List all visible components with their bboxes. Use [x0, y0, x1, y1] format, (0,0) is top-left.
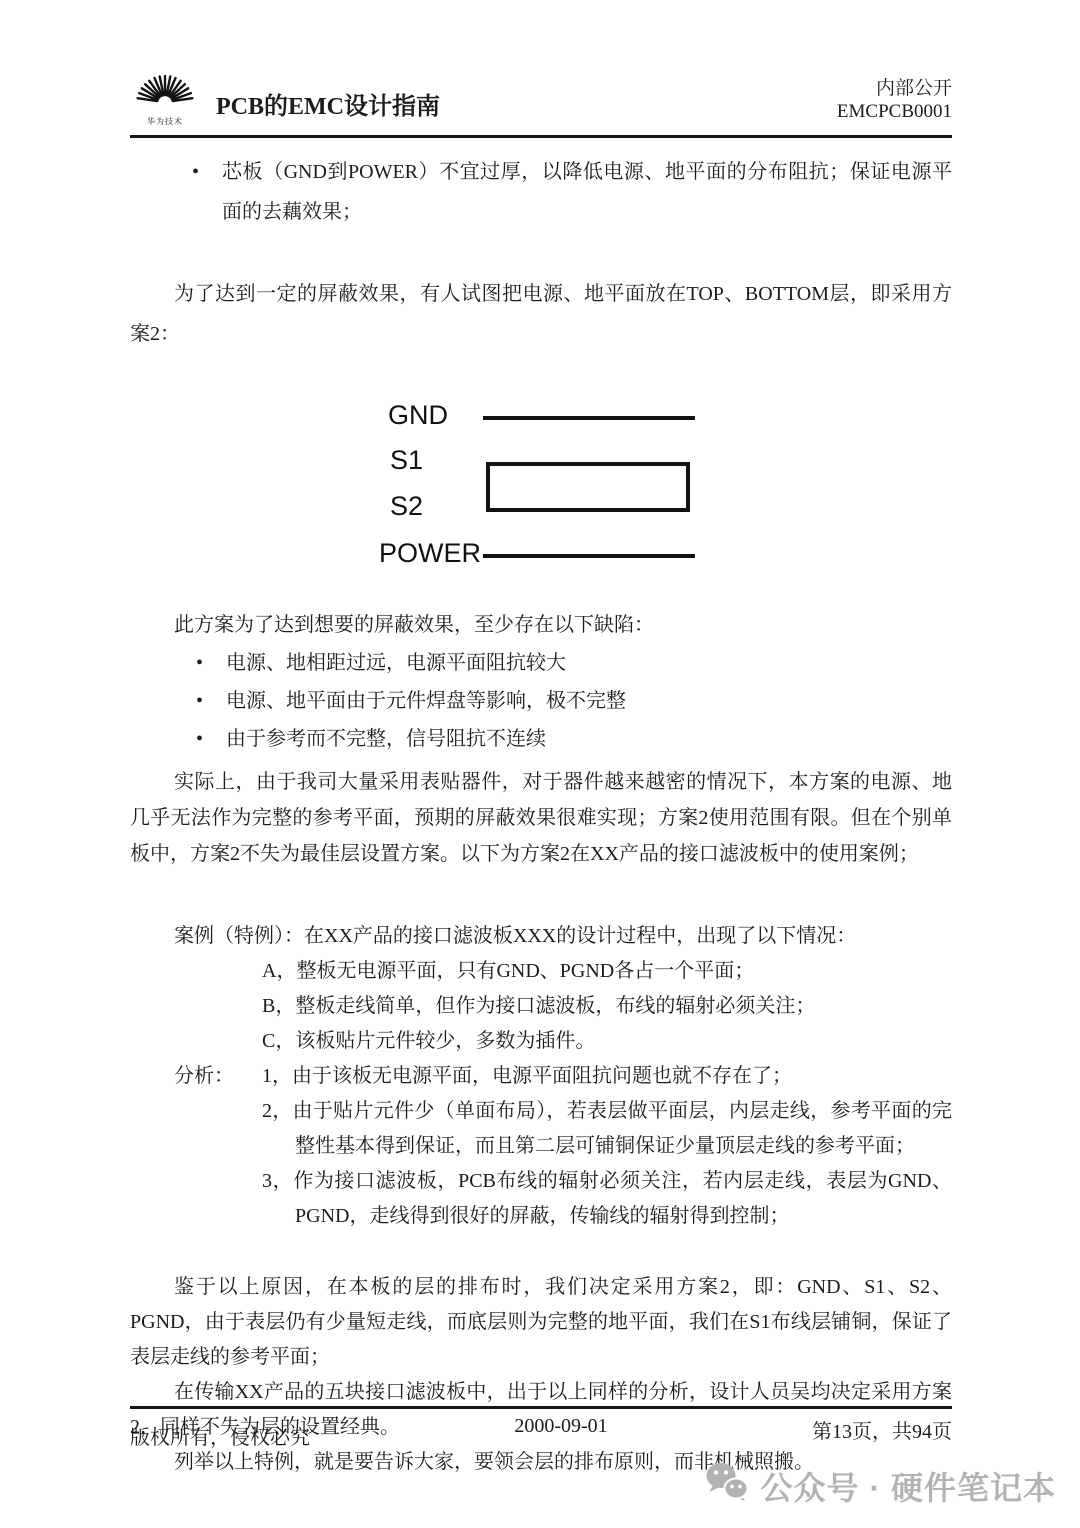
huawei-fan-logo-icon: [132, 54, 198, 115]
header-right: 内部公开 EMCPCB0001: [837, 77, 952, 127]
signal-layers-box: [486, 462, 690, 512]
diagram-label-s2: S2: [390, 491, 423, 522]
page-header: 华为技术 PCB的EMC设计指南 内部公开 EMCPCB0001: [130, 0, 952, 138]
page-footer: 版权所有，侵权必究 2000-09-01 第13页，共94页: [130, 1406, 952, 1444]
paragraph-conclusion-1: 鉴于以上原因，在本板的层的排布时，我们决定采用方案2，即：GND、S1、S2、P…: [130, 1270, 952, 1375]
gnd-plane-line: [483, 416, 695, 420]
analysis-item-3: 3，作为接口滤波板，PCB布线的辐射必须关注，若内层走线，表层为GND、PGND…: [130, 1164, 952, 1234]
analysis-item-2: 2，由于贴片元件少（单面布局），若表层做平面层，内层走线，参考平面的完整性基本得…: [130, 1094, 952, 1164]
case-item-c: C，该板贴片元件较少，多数为插件。: [130, 1024, 952, 1059]
watermark-text: 公众号 · 硬件笔记本: [761, 1463, 1056, 1509]
footer-copyright: 版权所有，侵权必究: [130, 1421, 310, 1450]
bullet-item-coreboard: • 芯板（GND到POWER）不宜过厚，以降低电源、地平面的分布阻抗；保证电源平…: [130, 152, 952, 232]
footer-date: 2000-09-01: [514, 1415, 607, 1444]
analysis-block: 分析： 1，由于该板无电源平面，电源平面阻抗问题也就不存在了； 2，由于贴片元件…: [130, 1059, 952, 1234]
document-title: PCB的EMC设计指南: [216, 86, 440, 127]
analysis-item-1: 1，由于该板无电源平面，电源平面阻抗问题也就不存在了；: [130, 1059, 952, 1094]
footer-page-number: 第13页，共94页: [812, 1415, 952, 1444]
header-left: 华为技术 PCB的EMC设计指南: [130, 54, 440, 127]
bullet-marker: •: [196, 682, 226, 720]
defect-item: • 电源、地平面由于元件焊盘等影响，极不完整: [130, 682, 952, 720]
diagram-label-power: POWER: [379, 538, 481, 569]
diagram-label-gnd: GND: [388, 400, 448, 431]
power-plane-line: [483, 554, 695, 558]
paragraph-reality: 实际上，由于我司大量采用表贴器件，对于器件越来越密的情况下，本方案的电源、地几乎…: [130, 764, 952, 872]
defect-item: • 由于参考而不完整，信号阻抗不连续: [130, 720, 952, 758]
paragraph-intro: 为了达到一定的屏蔽效果，有人试图把电源、地平面放在TOP、BOTTOM层，即采用…: [130, 274, 952, 354]
defect-item: • 电源、地相距过远，电源平面阻抗较大: [130, 644, 952, 682]
wechat-watermark: 公众号 · 硬件笔记本: [705, 1462, 1056, 1510]
logo-caption: 华为技术: [147, 116, 183, 127]
bullet-marker: •: [196, 720, 226, 758]
document-number: EMCPCB0001: [837, 100, 952, 123]
diagram-label-s1: S1: [390, 445, 423, 476]
case-item-a: A，整板无电源平面，只有GND、PGND各占一个平面；: [130, 954, 952, 989]
bullet-text: 芯板（GND到POWER）不宜过厚，以降低电源、地平面的分布阻抗；保证电源平面的…: [222, 152, 952, 232]
analysis-label: 分析：: [174, 1059, 234, 1094]
defect-text: 电源、地平面由于元件焊盘等影响，极不完整: [226, 682, 952, 720]
classification-label: 内部公开: [837, 77, 952, 100]
defect-text: 由于参考而不完整，信号阻抗不连续: [226, 720, 952, 758]
case-item-b: B，整板走线简单，但作为接口滤波板，布线的辐射必须关注；: [130, 989, 952, 1024]
case-intro: 案例（特例）：在XX产品的接口滤波板XXX的设计过程中，出现了以下情况：: [130, 918, 952, 954]
defects-intro: 此方案为了达到想要的屏蔽效果，至少存在以下缺陷：: [130, 606, 952, 644]
wechat-icon: [705, 1462, 749, 1510]
document-page: 华为技术 PCB的EMC设计指南 内部公开 EMCPCB0001 • 芯板（GN…: [0, 0, 1080, 1528]
company-logo: 华为技术: [130, 54, 200, 127]
bullet-marker: •: [192, 152, 222, 232]
layer-stack-diagram: GND S1 S2 POWER: [130, 390, 952, 580]
bullet-marker: •: [196, 644, 226, 682]
defect-text: 电源、地相距过远，电源平面阻抗较大: [226, 644, 952, 682]
